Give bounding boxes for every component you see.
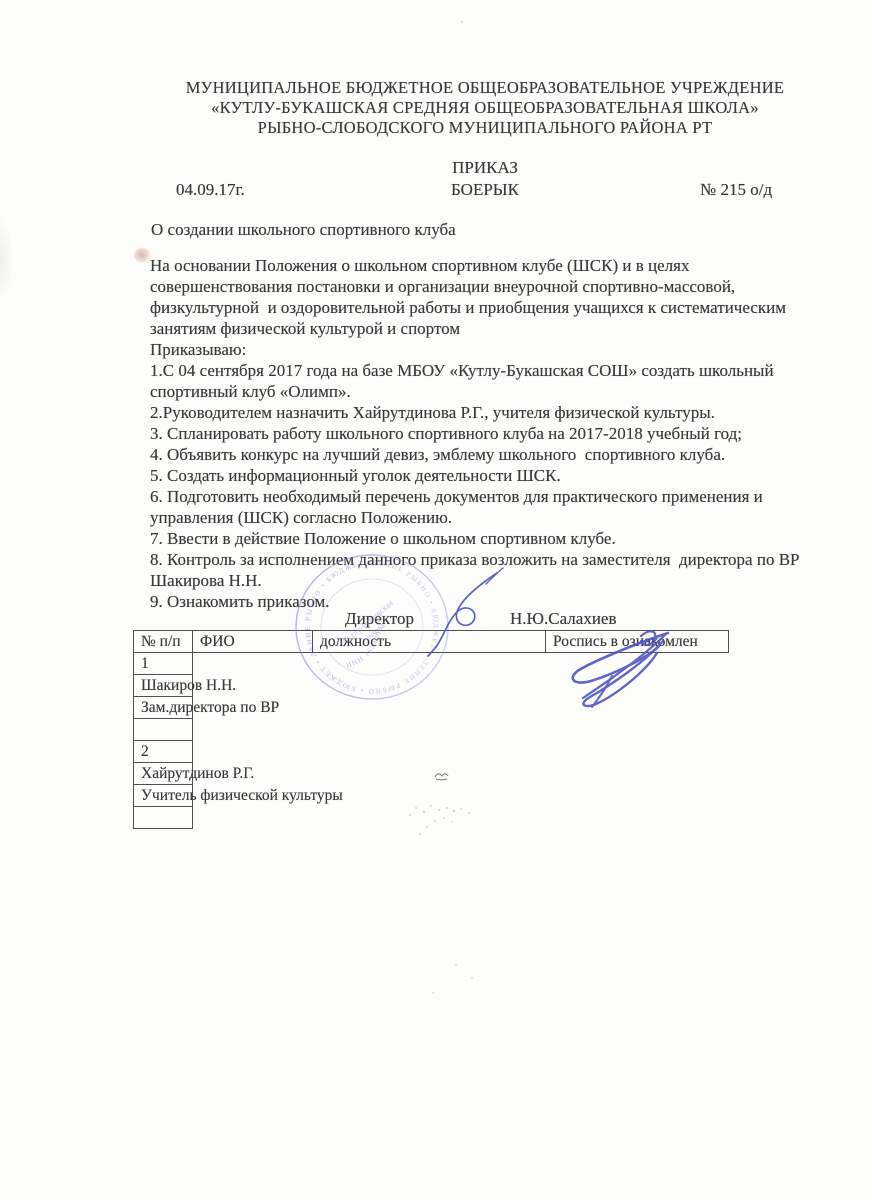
order-title: ПРИКАЗ [95,157,872,178]
body-line: 7. Ввести в действие Положение о школьно… [150,528,810,549]
order-subject: О создании школьного спортивного клуба [151,220,456,240]
body-line: 5. Создать информационный уголок деятель… [150,465,810,486]
body-line: 3. Спланировать работу школьного спортив… [150,423,810,444]
paper-smudge [134,248,151,263]
order-number: № 215 о/д [700,180,772,200]
body-line: Приказываю: [150,339,810,360]
cell-sign [134,719,193,741]
signatory-name: Н.Ю.Салахиев [510,609,616,629]
signatory-title: Директор [345,609,414,629]
table-header-fio: ФИО [193,631,313,653]
body-line: Шакирова Н.Н. [150,570,810,591]
scan-edge-shadow [0,215,14,305]
cell-fio: Хайрутдинов Р.Г. [134,763,193,785]
body-line: 8. Контроль за исполнением данного прика… [150,549,810,570]
body-line: 6. Подготовить необходимый перечень доку… [150,486,810,507]
cell-num: 2 [134,741,193,763]
body-line: На основании Положения о школьном спорти… [150,255,810,276]
cell-position: Учитель физической культуры [134,785,193,807]
body-line: 4. Объявить конкурс на лучший девиз, эмб… [150,444,810,465]
order-meta-row: 04.09.17г. БОЕРЫК № 215 о/д [0,180,872,201]
table-header-num: № п/п [134,631,193,653]
table-header-sign: Роспись в ознакомлен [546,631,729,653]
letterhead-line-1: МУНИЦИПАЛЬНОЕ БЮДЖЕТНОЕ ОБЩЕОБРАЗОВАТЕЛЬ… [95,78,872,98]
body-line: управления (ШСК) согласно Положению. [150,507,810,528]
cell-fio: Шакиров Н.Н. [134,675,193,697]
body-line: занятиям физической культурой и спортом [150,318,810,339]
letterhead-line-2: «КУТЛУ-БУКАШСКАЯ СРЕДНЯЯ ОБЩЕОБРАЗОВАТЕЛ… [95,98,872,118]
cell-num: 1 [134,653,193,675]
cell-position: Зам.директора по ВР [134,697,193,719]
scanned-order-document: МУНИЦИПАЛЬНОЕ БЮДЖЕТНОЕ ОБЩЕОБРАЗОВАТЕЛЬ… [0,0,872,1200]
body-line: спортивный клуб «Олимп». [150,381,810,402]
table-header-position: должность [313,631,546,653]
body-line: совершенствования постановки и организац… [150,276,810,297]
body-line: физкультурной и оздоровительной работы и… [150,297,810,318]
order-body: На основании Положения о школьном спорти… [150,255,810,612]
acknowledgement-table: № п/п ФИО должность Роспись в ознакомлен… [133,630,729,829]
letterhead: МУНИЦИПАЛЬНОЕ БЮДЖЕТНОЕ ОБЩЕОБРАЗОВАТЕЛЬ… [95,78,872,138]
cell-sign [134,807,193,829]
body-line: 9. Ознакомить приказом. [150,591,810,612]
body-line: 2.Руководителем назначить Хайрутдинова Р… [150,402,810,423]
body-line: 1.С 04 сентября 2017 года на базе МБОУ «… [150,360,810,381]
letterhead-line-3: РЫБНО-СЛОБОДСКОГО МУНИЦИПАЛЬНОГО РАЙОНА … [95,118,872,138]
